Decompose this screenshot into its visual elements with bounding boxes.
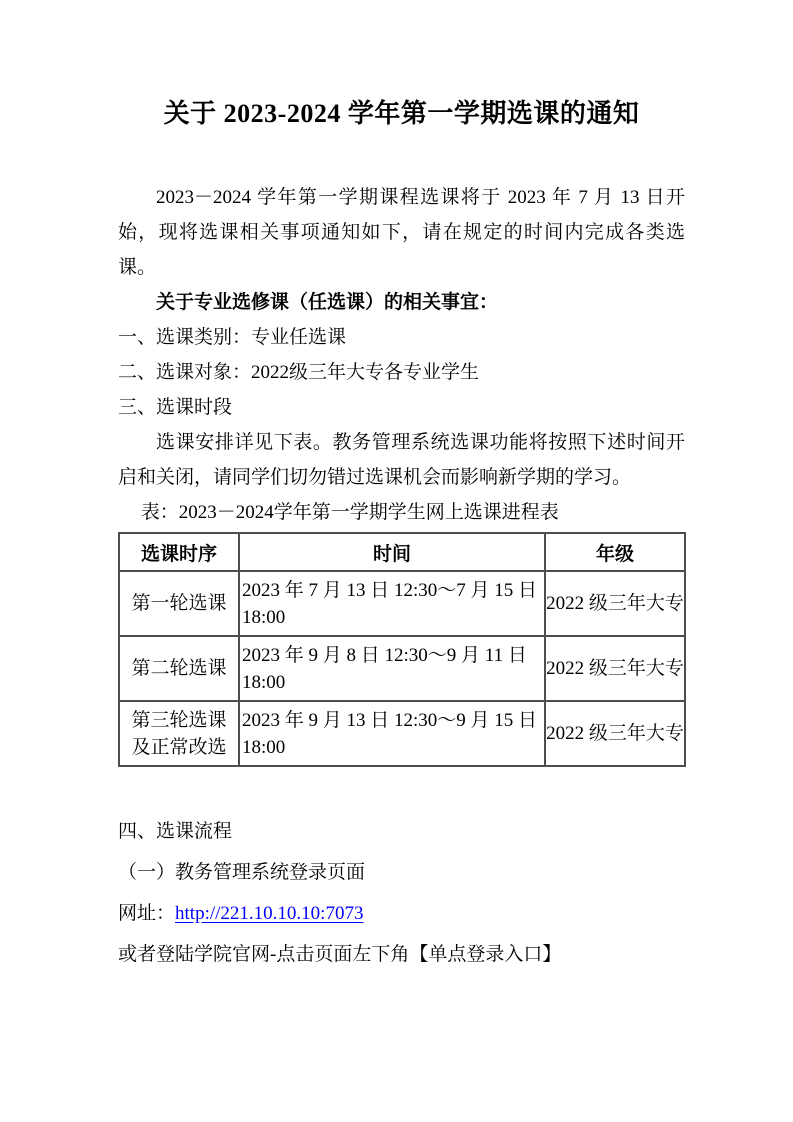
col-header-time: 时间	[239, 533, 545, 571]
round-1-name: 第一轮选课	[119, 571, 239, 636]
url-label: 网址：	[118, 903, 175, 924]
table-header-row: 选课时序 时间 年级	[119, 533, 685, 571]
item-course-period: 三、选课时段	[118, 390, 685, 425]
schedule-note-paragraph: 选课安排详见下表。教务管理系统选课功能将按照下述时间开启和关闭，请同学们切勿错过…	[118, 425, 685, 495]
login-url-link[interactable]: http://221.10.10.10:7073	[175, 903, 363, 924]
flow-step-login-page: （一）教务管理系统登录页面	[118, 852, 685, 893]
col-header-round: 选课时序	[119, 533, 239, 571]
schedule-table: 选课时序 时间 年级 第一轮选课 2023 年 7 月 13 日 12:30～7…	[118, 532, 686, 767]
url-line: 网址：http://221.10.10.10:7073	[118, 893, 685, 934]
item-course-target: 二、选课对象：2022级三年大专各专业学生	[118, 355, 685, 390]
round-2-time: 2023 年 9 月 8 日 12:30～9 月 11 日 18:00	[239, 636, 545, 701]
table-row: 第二轮选课 2023 年 9 月 8 日 12:30～9 月 11 日 18:0…	[119, 636, 685, 701]
round-3-name: 第三轮选课 及正常改选	[119, 701, 239, 766]
round-1-grade: 2022 级三年大专	[545, 571, 685, 636]
table-caption: 表：2023－2024学年第一学期学生网上选课进程表	[118, 495, 685, 530]
col-header-grade: 年级	[545, 533, 685, 571]
section-heading-flow: 四、选课流程	[118, 811, 685, 852]
item-course-category: 一、选课类别：专业任选课	[118, 320, 685, 355]
round-2-grade: 2022 级三年大专	[545, 636, 685, 701]
course-selection-flow-section: 四、选课流程 （一）教务管理系统登录页面 网址：http://221.10.10…	[118, 811, 685, 975]
round-1-time: 2023 年 7 月 13 日 12:30～7 月 15 日 18:00	[239, 571, 545, 636]
round-3-grade: 2022 级三年大专	[545, 701, 685, 766]
intro-paragraph: 2023－2024 学年第一学期课程选课将于 2023 年 7 月 13 日开始…	[118, 180, 685, 285]
document-page: 关于 2023-2024 学年第一学期选课的通知 2023－2024 学年第一学…	[0, 0, 793, 1122]
round-2-name: 第二轮选课	[119, 636, 239, 701]
round-3-time: 2023 年 9 月 13 日 12:30～9 月 15 日 18:00	[239, 701, 545, 766]
page-title: 关于 2023-2024 学年第一学期选课的通知	[118, 96, 685, 132]
alt-login-line: 或者登陆学院官网-点击页面左下角【单点登录入口】	[118, 934, 685, 975]
table-row: 第一轮选课 2023 年 7 月 13 日 12:30～7 月 15 日 18:…	[119, 571, 685, 636]
table-row: 第三轮选课 及正常改选 2023 年 9 月 13 日 12:30～9 月 15…	[119, 701, 685, 766]
section-heading-electives: 关于专业选修课（任选课）的相关事宜：	[118, 285, 685, 320]
